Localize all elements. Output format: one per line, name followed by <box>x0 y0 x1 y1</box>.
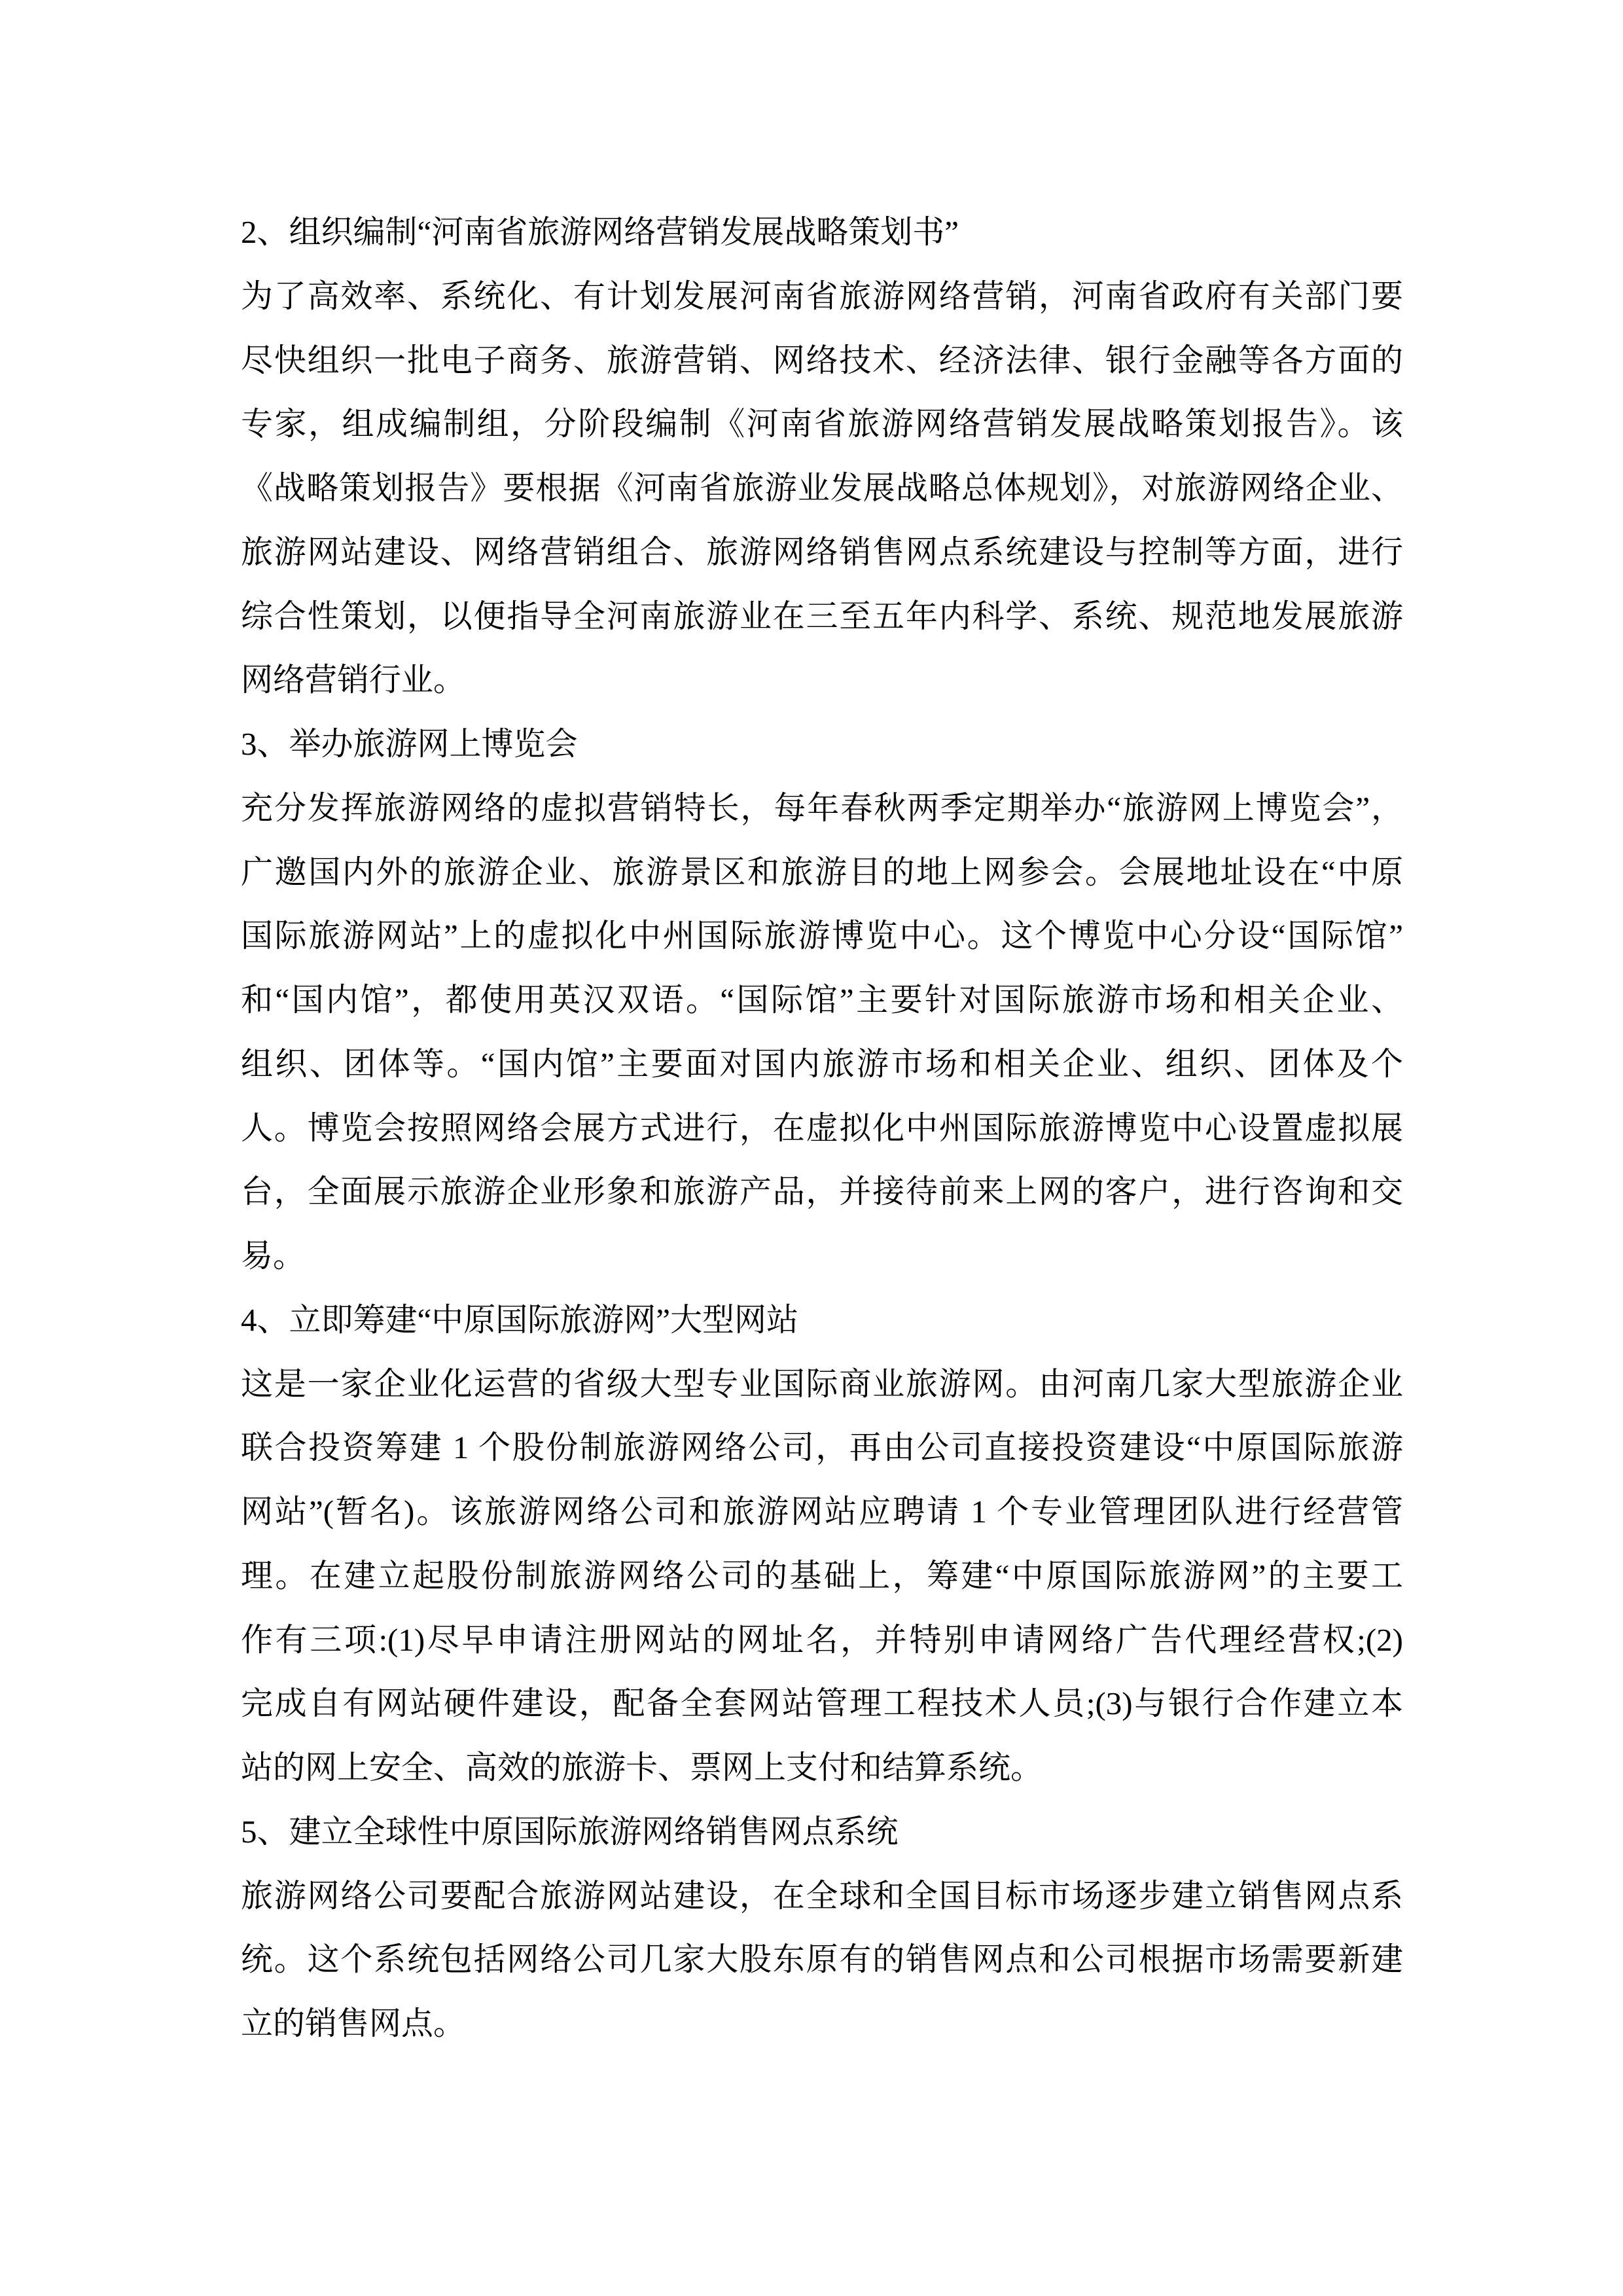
section-heading: 5、建立全球性中原国际旅游网络销售网点系统 <box>241 1800 1403 1864</box>
paragraph-line: 和“国内馆”，都使用英汉双语。“国际馆”主要针对国际旅游市场和相关企业、 <box>241 968 1403 1032</box>
document-page: 2、组织编制“河南省旅游网络营销发展战略策划书”为了高效率、系统化、有计划发展河… <box>0 0 1623 2296</box>
paragraph-line: 作有三项:(1)尽早申请注册网站的网址名，并特别申请网络广告代理经营权;(2) <box>241 1608 1403 1672</box>
paragraph-line: 尽快组织一批电子商务、旅游营销、网络技术、经济法律、银行金融等各方面的 <box>241 329 1403 393</box>
paragraph-line: 为了高效率、系统化、有计划发展河南省旅游网络营销，河南省政府有关部门要 <box>241 264 1403 329</box>
paragraph-line: 人。博览会按照网络会展方式进行，在虚拟化中州国际旅游博览中心设置虚拟展 <box>241 1096 1403 1160</box>
paragraph-line: 广邀国内外的旅游企业、旅游景区和旅游目的地上网参会。会展地址设在“中原 <box>241 840 1403 905</box>
paragraph-line: 联合投资筹建 1 个股份制旅游网络公司，再由公司直接投资建设“中原国际旅游 <box>241 1416 1403 1480</box>
paragraph-line: 旅游网络公司要配合旅游网站建设，在全球和全国目标市场逐步建立销售网点系 <box>241 1864 1403 1928</box>
paragraph-line: 专家，组成编制组，分阶段编制《河南省旅游网络营销发展战略策划报告》。该 <box>241 392 1403 456</box>
section-heading: 4、立即筹建“中原国际旅游网”大型网站 <box>241 1288 1403 1352</box>
paragraph-line: 综合性策划，以便指导全河南旅游业在三至五年内科学、系统、规范地发展旅游 <box>241 584 1403 649</box>
paragraph-line: 网络营销行业。 <box>241 648 1403 712</box>
paragraph-line: 立的销售网点。 <box>241 1992 1403 2056</box>
section-heading: 2、组织编制“河南省旅游网络营销发展战略策划书” <box>241 200 1403 264</box>
paragraph-line: 台，全面展示旅游企业形象和旅游产品，并接待前来上网的客户，进行咨询和交 <box>241 1160 1403 1224</box>
paragraph-line: 网站”(暂名)。该旅游网络公司和旅游网站应聘请 1 个专业管理团队进行经营管 <box>241 1480 1403 1544</box>
paragraph-line: 易。 <box>241 1224 1403 1288</box>
paragraph-line: 组织、团体等。“国内馆”主要面对国内旅游市场和相关企业、组织、团体及个 <box>241 1032 1403 1096</box>
section-heading: 3、举办旅游网上博览会 <box>241 712 1403 776</box>
paragraph-line: 统。这个系统包括网络公司几家大股东原有的销售网点和公司根据市场需要新建 <box>241 1928 1403 1992</box>
document-lines: 2、组织编制“河南省旅游网络营销发展战略策划书”为了高效率、系统化、有计划发展河… <box>241 200 1403 2056</box>
paragraph-line: 完成自有网站硬件建设，配备全套网站管理工程技术人员;(3)与银行合作建立本 <box>241 1672 1403 1736</box>
paragraph-line: 国际旅游网站”上的虚拟化中州国际旅游博览中心。这个博览中心分设“国际馆” <box>241 904 1403 968</box>
paragraph-line: 站的网上安全、高效的旅游卡、票网上支付和结算系统。 <box>241 1736 1403 1800</box>
paragraph-line: 《战略策划报告》要根据《河南省旅游业发展战略总体规划》，对旅游网络企业、 <box>241 456 1403 520</box>
paragraph-line: 旅游网站建设、网络营销组合、旅游网络销售网点系统建设与控制等方面，进行 <box>241 520 1403 584</box>
paragraph-line: 这是一家企业化运营的省级大型专业国际商业旅游网。由河南几家大型旅游企业 <box>241 1352 1403 1416</box>
paragraph-line: 充分发挥旅游网络的虚拟营销特长，每年春秋两季定期举办“旅游网上博览会”， <box>241 776 1403 840</box>
paragraph-line: 理。在建立起股份制旅游网络公司的基础上，筹建“中原国际旅游网”的主要工 <box>241 1544 1403 1608</box>
